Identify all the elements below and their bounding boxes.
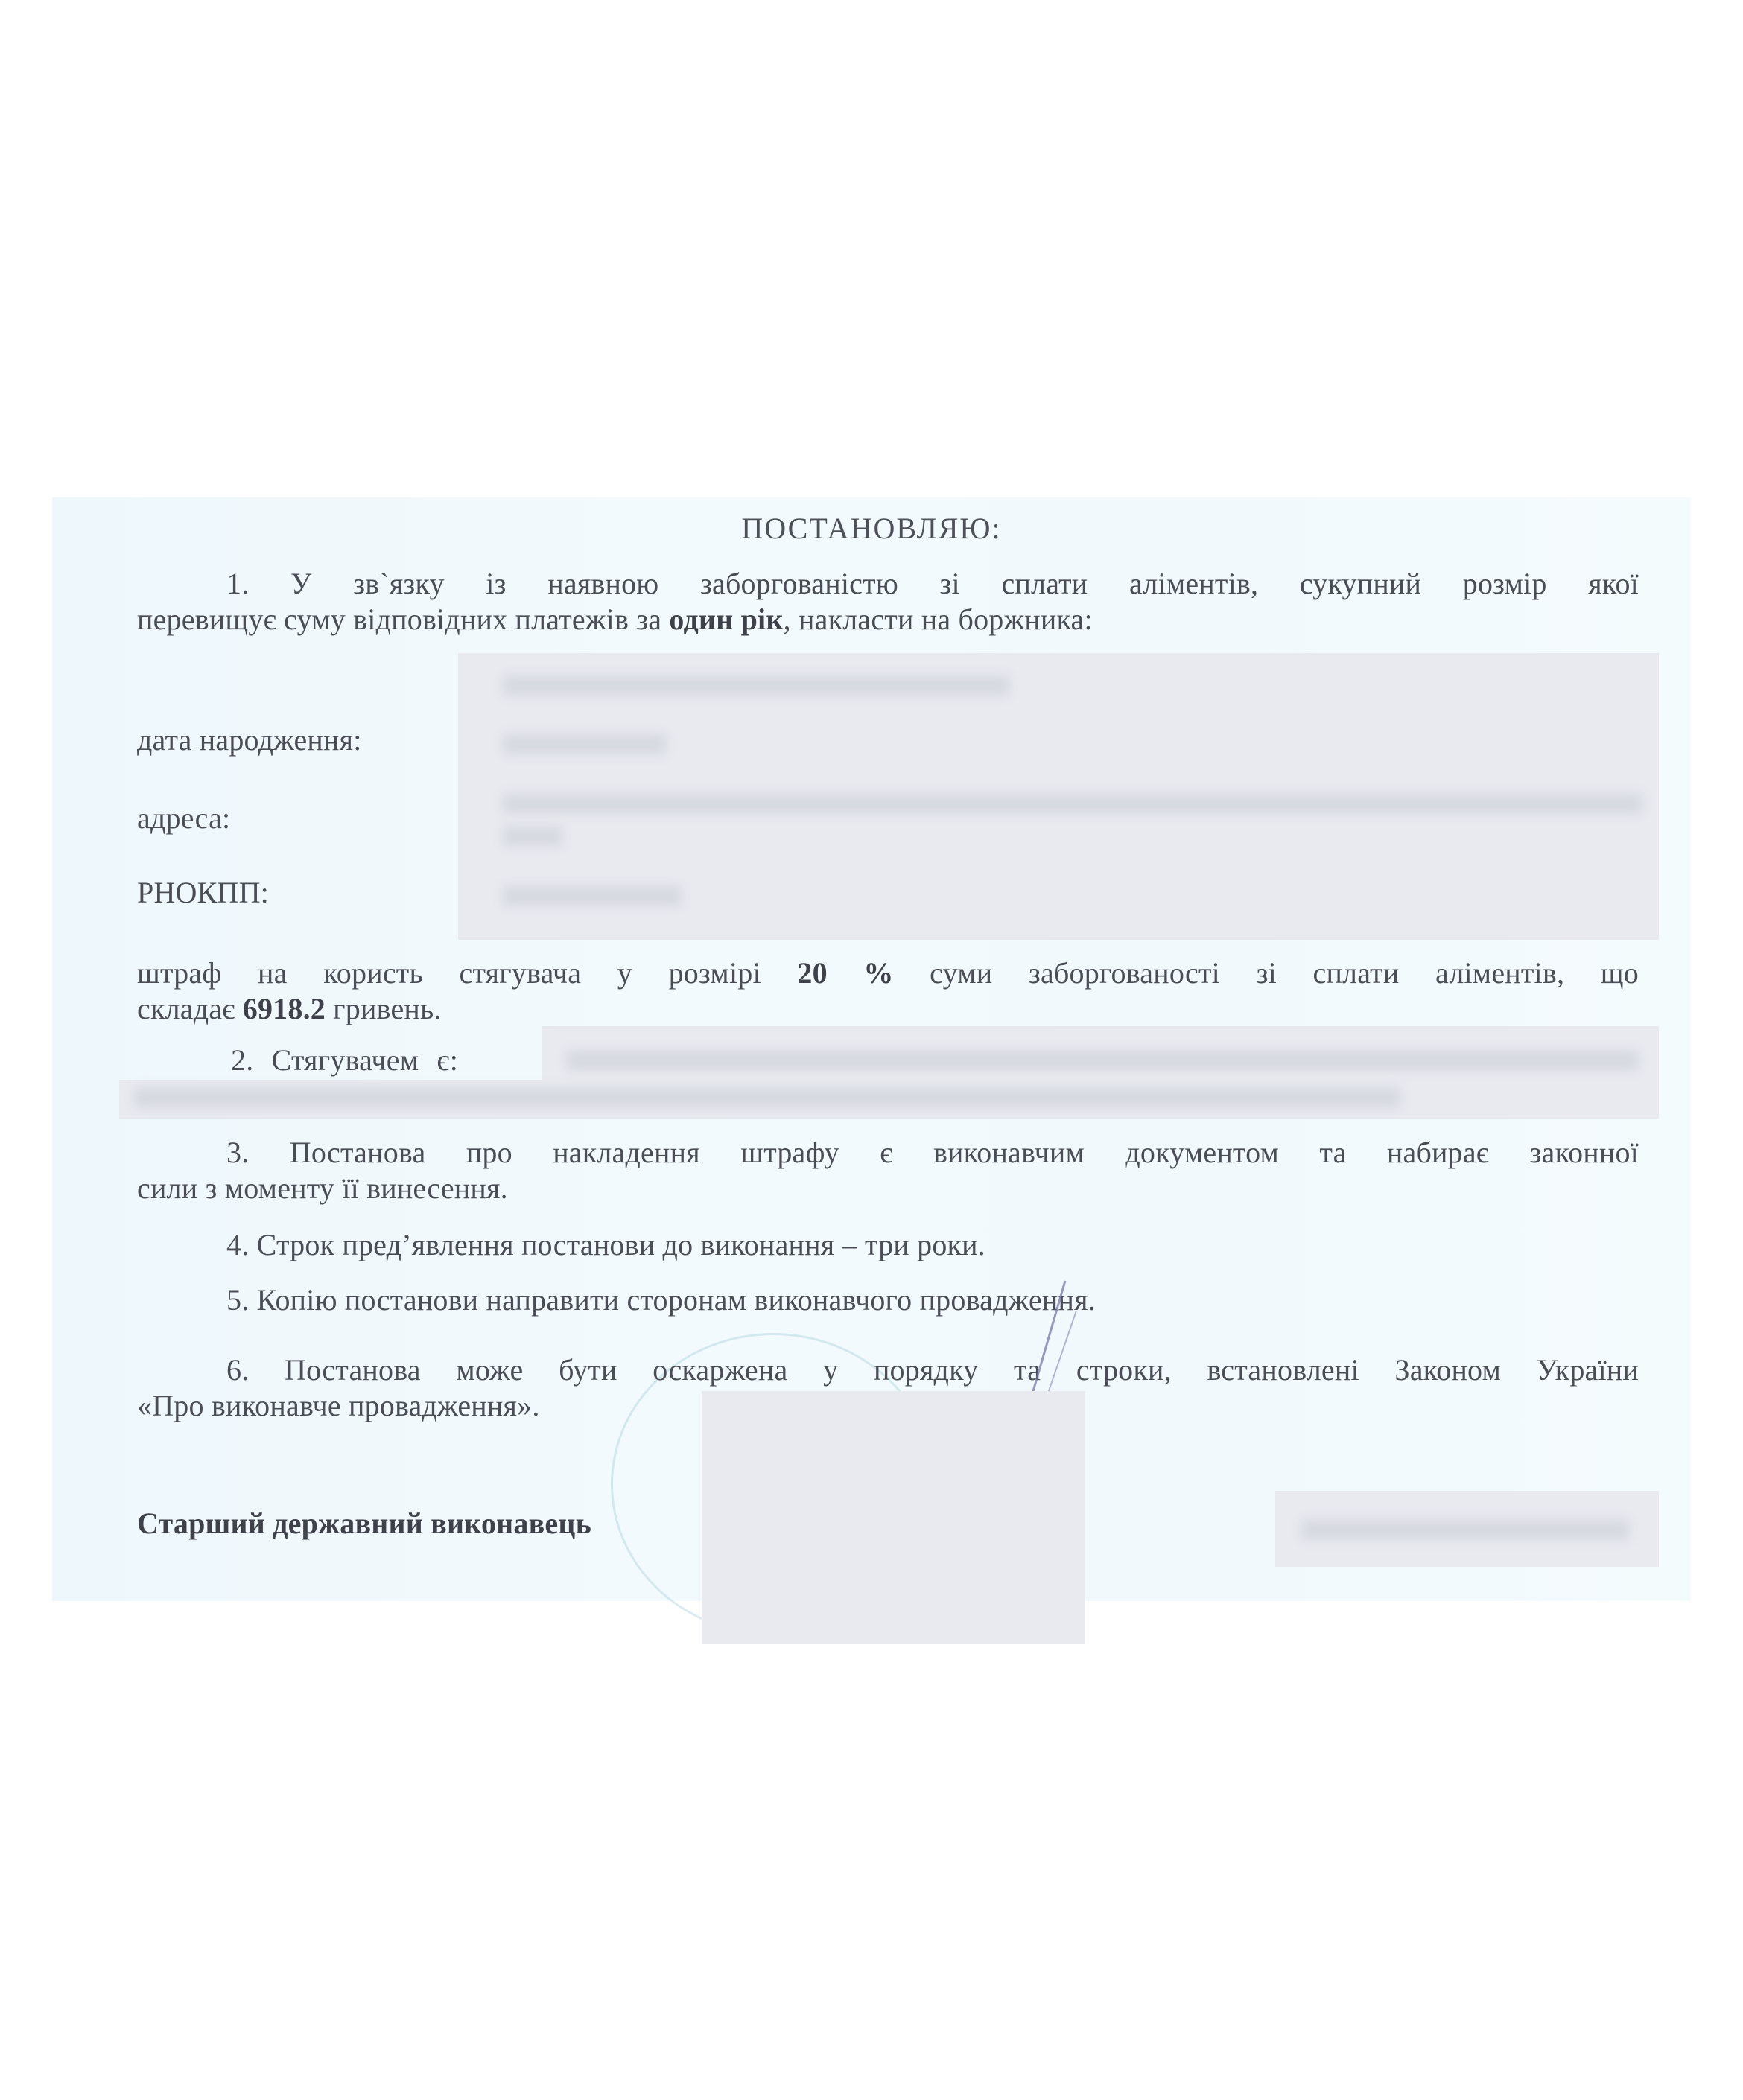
fine-text: штраф на користь стягувача у розмірі [137,956,797,990]
item6-line2: «Про виконавче провадження». [137,1388,540,1424]
field-label-birthdate: дата народження: [137,722,362,758]
debtor-redaction [458,653,1659,940]
item3-line1: 3. Постанова про накладення штрафу є вик… [137,1135,1639,1171]
fine-amount-label: складає [137,992,243,1025]
item1-text: перевищує суму відповідних платежів за [137,602,669,636]
item3-line2: сили з моменту її винесення. [137,1171,508,1206]
item1-line1: 1. У зв`язку із наявною заборгованістю з… [137,566,1639,602]
redacted-name [503,675,1009,696]
field-label-address: адреса: [137,801,230,836]
document-heading: ПОСТАНОВЛЯЮ: [0,511,1743,547]
fine-text-end: суми заборгованості зі сплати аліментів,… [894,956,1639,990]
signature-redaction [702,1391,1085,1644]
redacted-birthdate [503,734,667,754]
signatory-position: Старший державний виконавець [137,1506,591,1541]
redacted-address [503,793,1642,814]
redacted-creditor-line2 [134,1087,1400,1108]
signatory-name-redaction [1275,1491,1659,1567]
fine-currency: гривень. [326,992,442,1025]
item1-line2: перевищує суму відповідних платежів за о… [137,602,1093,637]
redacted-tax-id [503,885,682,906]
fine-line1: штраф на користь стягувача у розмірі 20 … [137,955,1639,991]
fine-amount: 6918.2 [243,992,326,1025]
item4: 4. Строк пред’явлення постанови до викон… [226,1227,985,1263]
fine-percent: 20 % [797,956,893,990]
redacted-creditor-line1 [566,1050,1639,1071]
field-label-tax-id: РНОКПП: [137,875,269,911]
redacted-address-line2 [503,826,562,847]
fine-line2: складає 6918.2 гривень. [137,991,442,1027]
item1-text-end: , накласти на боржника: [784,602,1093,636]
item1-bold-term: один рік [669,602,783,636]
redacted-signatory-name [1301,1519,1629,1540]
item2-label: 2. Стягувачем є: [231,1043,458,1078]
